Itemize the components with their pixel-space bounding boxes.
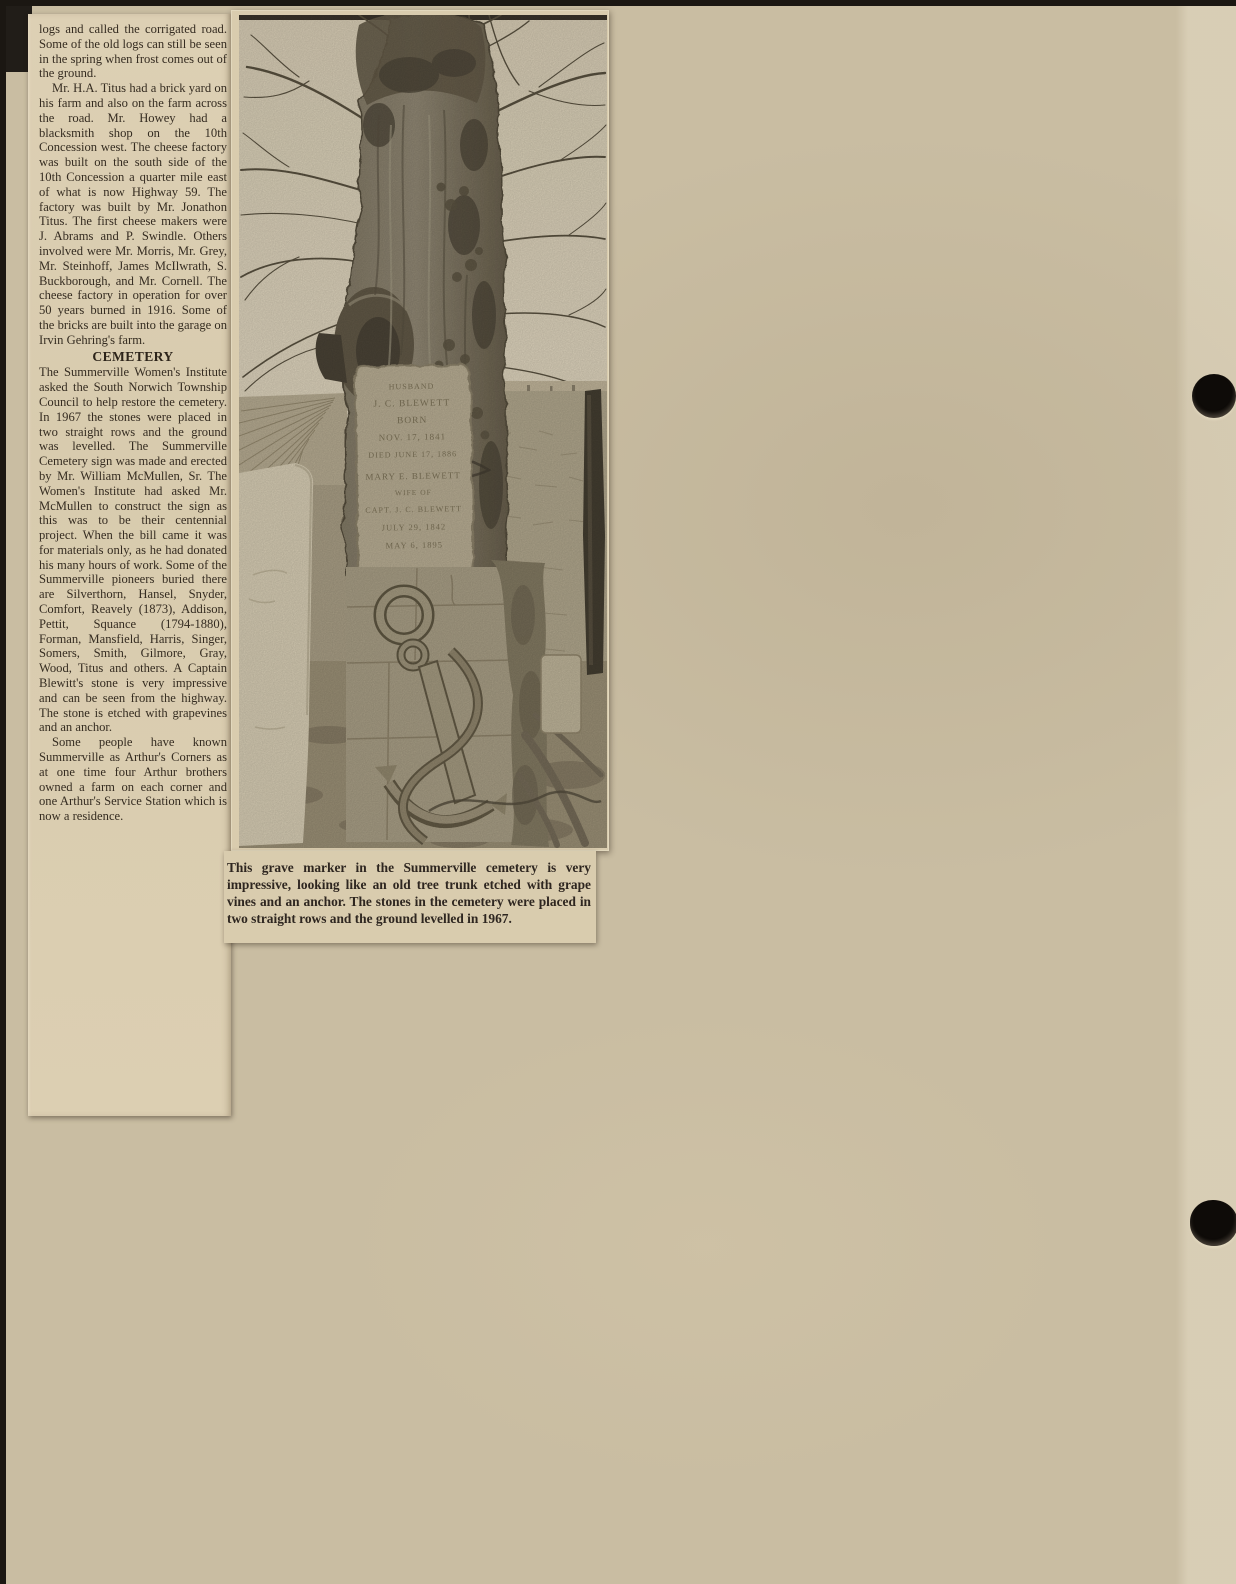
- punch-hole-bottom: [1190, 1200, 1236, 1246]
- article-clipping: logs and called the corrigated road. Som…: [28, 14, 231, 1116]
- article-paragraph: The Summerville Women's Institute asked …: [39, 365, 227, 735]
- article-paragraph: Some people have known Summerville as Ar…: [39, 735, 227, 824]
- grave-marker-photo: HUSBAND J. C. BLEWETT BORN NOV. 17, 1841…: [239, 15, 607, 848]
- article-paragraph: Mr. H.A. Titus had a brick yard on his f…: [39, 81, 227, 347]
- cemetery-heading: CEMETERY: [39, 350, 227, 365]
- scrapbook-page: logs and called the corrigated road. Som…: [6, 6, 1236, 1584]
- photo-clipping: HUSBAND J. C. BLEWETT BORN NOV. 17, 1841…: [231, 10, 609, 851]
- punch-hole-top: [1192, 374, 1236, 418]
- article-paragraph: logs and called the corrigated road. Som…: [39, 22, 227, 81]
- photo-caption: This grave marker in the Summerville cem…: [224, 851, 596, 943]
